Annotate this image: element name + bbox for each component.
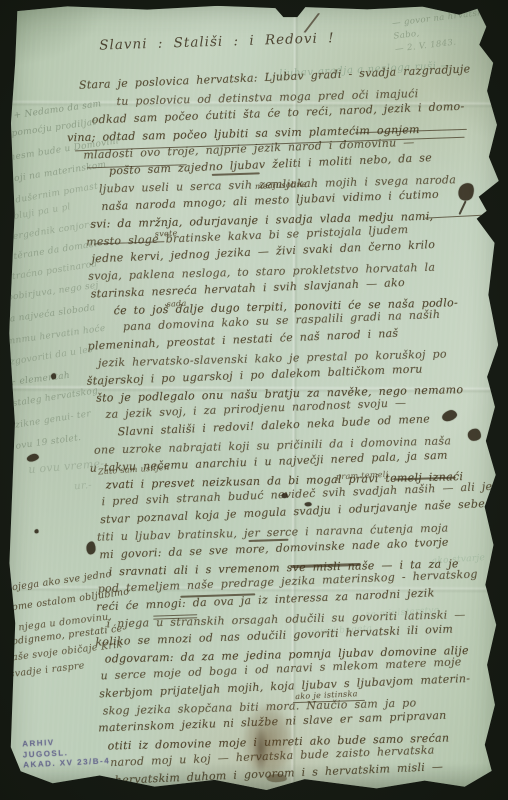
- ink-decorations: [7, 3, 501, 5]
- ink-blot: [468, 429, 481, 441]
- salutation-title: Slavni : Stališi : i Redovi !: [99, 30, 335, 53]
- manuscript-lines: Stara je poslovica hervatska: Ljubav gra…: [65, 63, 508, 790]
- margin-note: svete: [155, 229, 178, 239]
- ink-blot: [26, 453, 39, 463]
- water-stain: [251, 716, 271, 782]
- ink-blot: [35, 529, 39, 533]
- margin-notes: + Nedamo da sampomoćju prodiljatnesm bud…: [7, 3, 501, 5]
- ink-blot: [305, 502, 312, 506]
- manuscript-paper: ∕ — govor na hrvatskom Sabo, — 2. V. 184…: [5, 3, 502, 795]
- margin-note: svadje i raspre: [9, 660, 85, 680]
- margin-note: + elementah: [8, 371, 70, 388]
- archive-stamp: ARHIV JUGOSL. AKAD. XV 23/B-4: [22, 735, 110, 771]
- ink-blot: [51, 373, 56, 379]
- ink-blot: [86, 541, 95, 554]
- pencil-annotation: — govor na hrvatskom Sabo, — 2. V. 1843.: [391, 4, 508, 57]
- ink-blot: [282, 493, 288, 498]
- margin-note: ur.-: [74, 480, 93, 492]
- scan-backdrop: ∕ — govor na hrvatskom Sabo, — 2. V. 184…: [0, 0, 508, 800]
- margin-note: sada: [166, 299, 186, 309]
- ink-blot: [492, 383, 499, 390]
- margin-note: u ovu 19 stolet.: [6, 433, 82, 453]
